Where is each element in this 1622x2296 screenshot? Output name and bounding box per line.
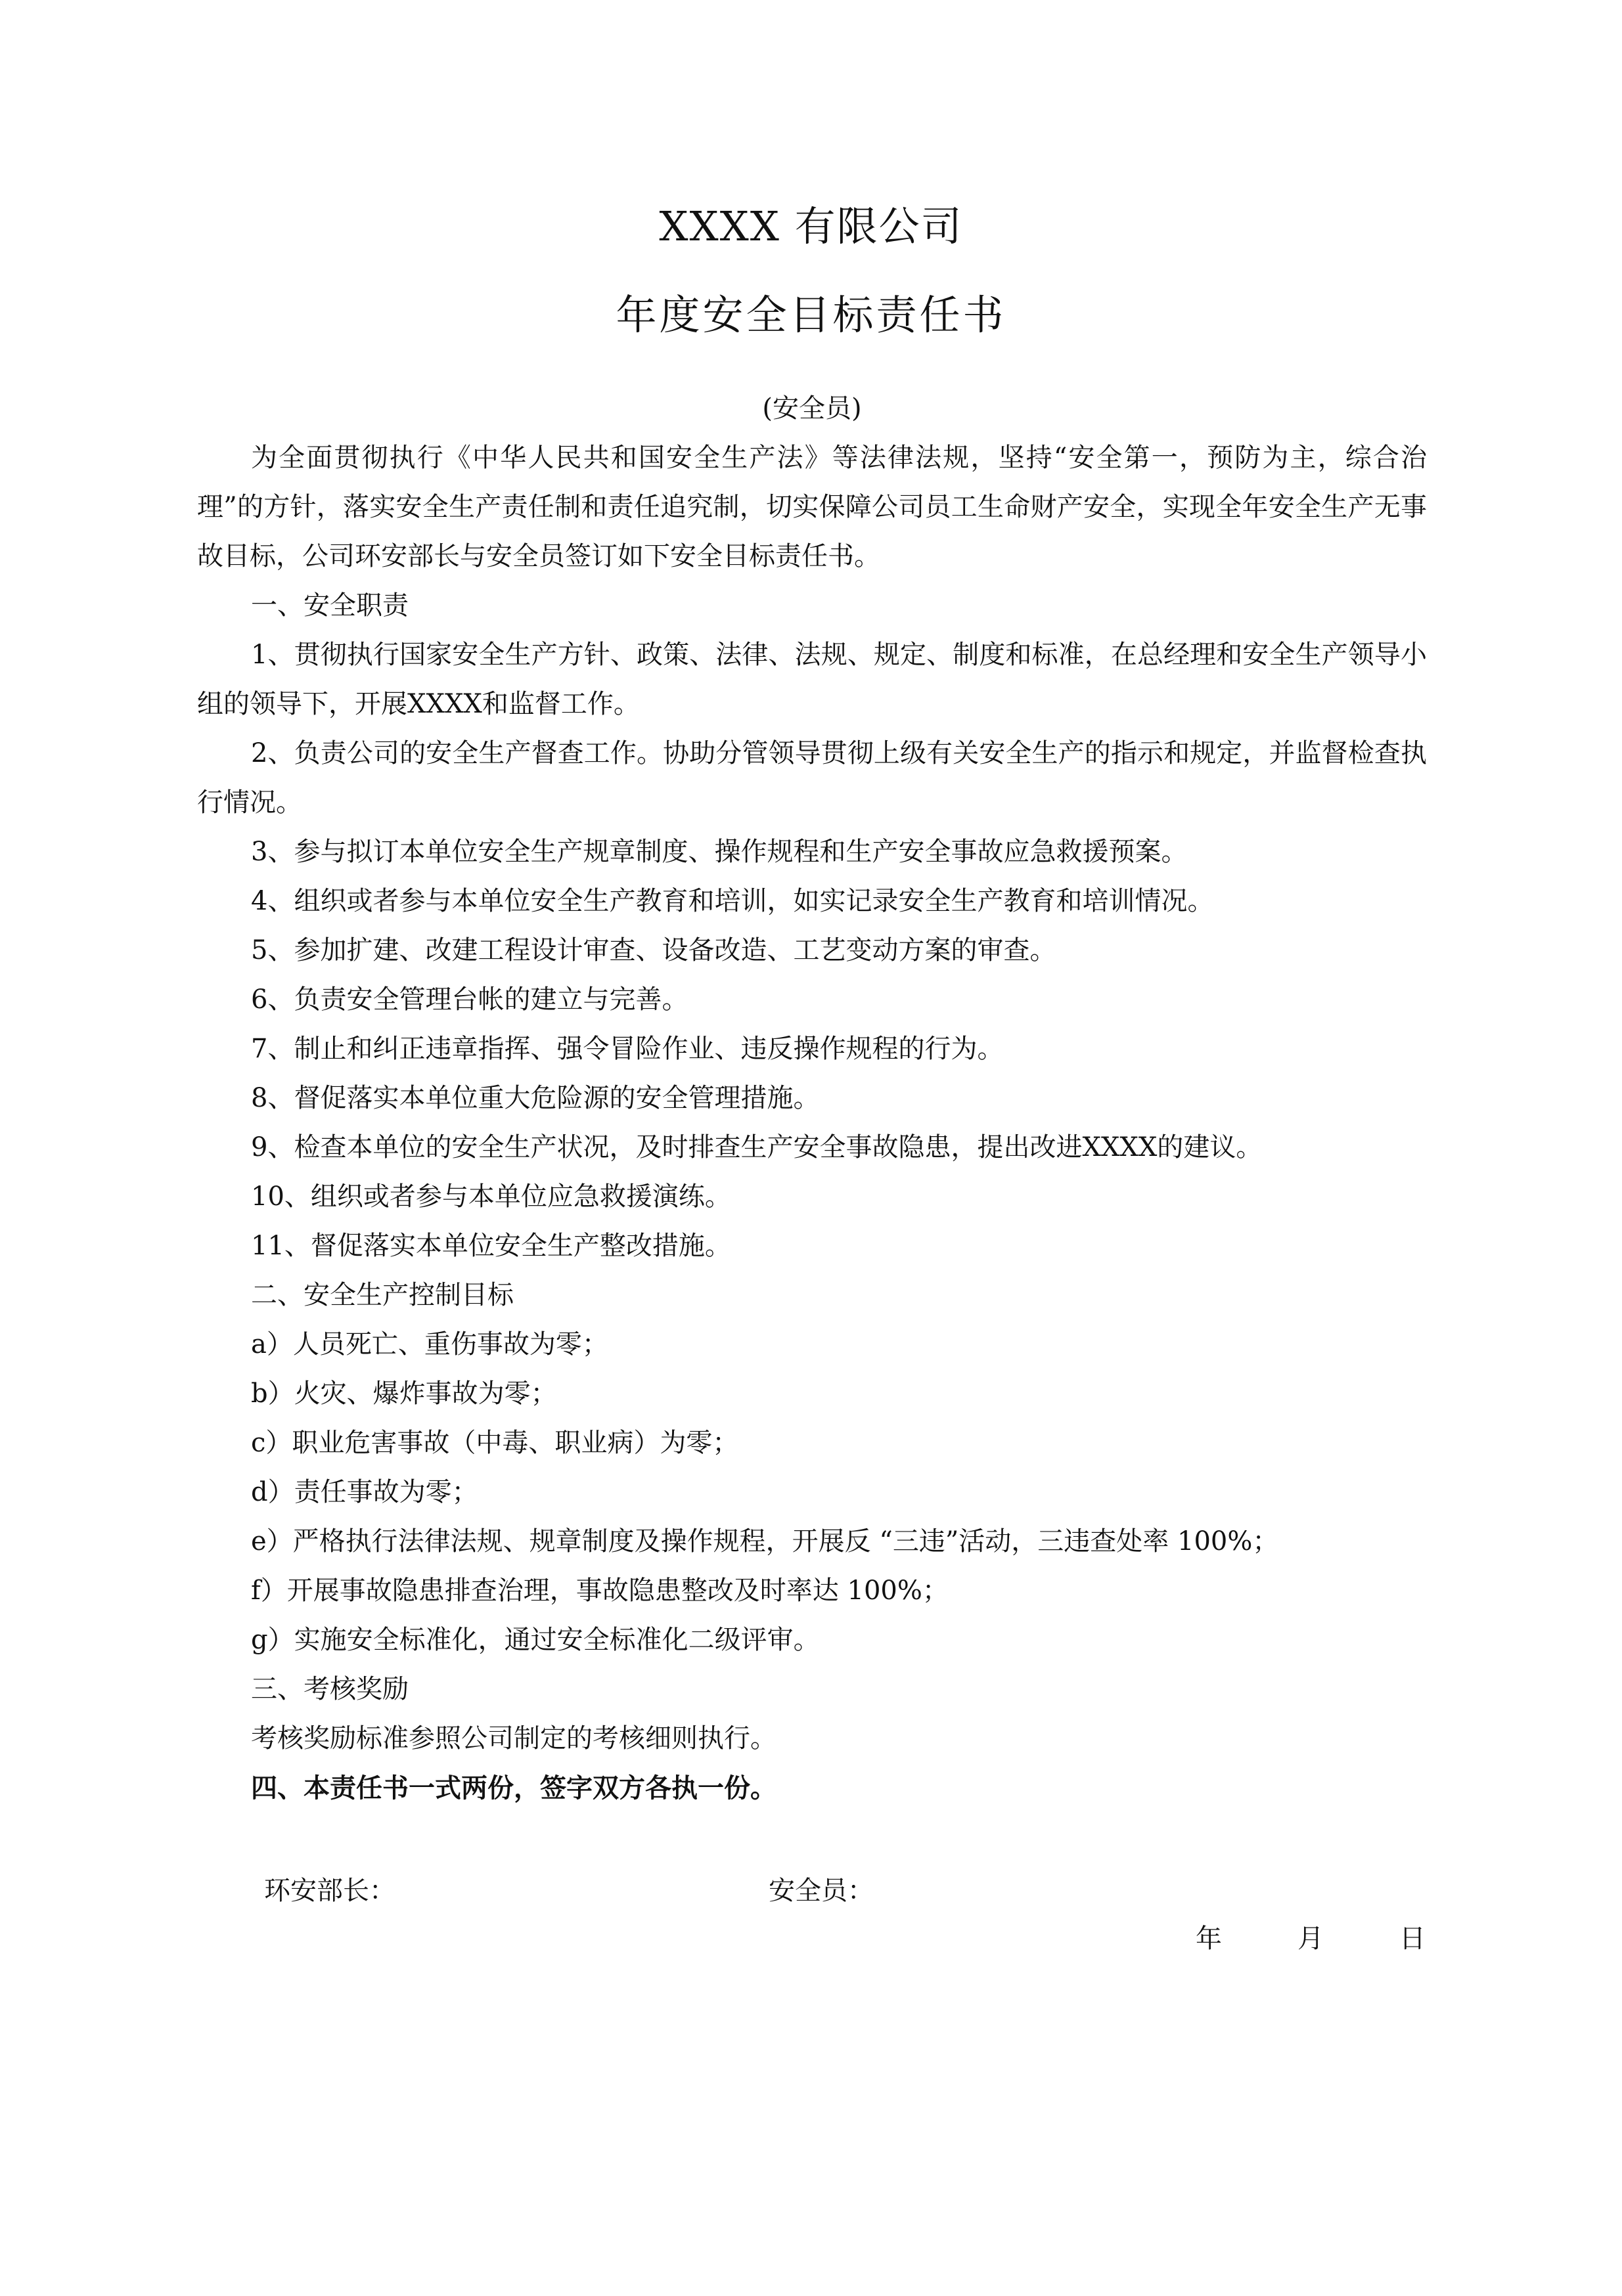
signature-label-env-safety-head: 环安部长： — [264, 1866, 395, 1916]
signature-label-safety-officer: 安全员： — [769, 1866, 874, 1916]
document-page: XXXX 有限公司 年度安全目标责任书 (安全员) 为全面贯彻执行《中华人民共和… — [0, 0, 1622, 2296]
duty-item: 4、组织或者参与本单位安全生产教育和培训，如实记录安全生产教育和培训情况。 — [197, 877, 1427, 926]
target-item: d）责任事故为零； — [197, 1468, 1427, 1517]
document-body: (安全员) 为全面贯彻执行《中华人民共和国安全生产法》等法律法规，坚持“安全第一… — [197, 384, 1427, 1813]
duty-item: 10、组织或者参与本单位应急救援演练。 — [197, 1172, 1427, 1222]
duty-item: 5、参加扩建、改建工程设计审查、设备改造、工艺变动方案的审查。 — [197, 926, 1427, 975]
target-item: f）开展事故隐患排查治理，事故隐患整改及时率达 100%； — [197, 1566, 1427, 1616]
section-heading-duties: 一、安全职责 — [197, 581, 1427, 630]
target-item: e）严格执行法律法规、规章制度及操作规程，开展反 “三违”活动，三违查处率 10… — [197, 1517, 1427, 1566]
section-heading-copies: 四、本责任书一式两份，签字双方各执一份。 — [197, 1763, 1427, 1813]
target-item: g）实施安全标准化，通过安全标准化二级评审。 — [197, 1616, 1427, 1665]
duty-item: 7、制止和纠正违章指挥、强令冒险作业、违反操作规程的行为。 — [197, 1025, 1427, 1074]
signature-row: 环安部长： 安全员： — [0, 1866, 1622, 1919]
date-year-label: 年 — [1196, 1914, 1222, 1964]
duty-item: 2、负责公司的安全生产督查工作。协助分管领导贯彻上级有关安全生产的指示和规定，并… — [197, 729, 1427, 828]
duty-item: 3、参与拟订本单位安全生产规章制度、操作规程和生产安全事故应急救援预案。 — [197, 828, 1427, 877]
section-heading-targets: 二、安全生产控制目标 — [197, 1271, 1427, 1320]
target-item: c）职业危害事故（中毒、职业病）为零； — [197, 1419, 1427, 1468]
target-item: b）火灾、爆炸事故为零； — [197, 1369, 1427, 1419]
date-day-label: 日 — [1399, 1914, 1426, 1964]
duty-item: 9、检查本单位的安全生产状况，及时排查生产安全事故隐患，提出改进XXXX的建议。 — [197, 1123, 1427, 1172]
intro-paragraph: 为全面贯彻执行《中华人民共和国安全生产法》等法律法规，坚持“安全第一，预防为主，… — [197, 433, 1427, 581]
date-month-label: 月 — [1297, 1914, 1324, 1964]
duty-item: 1、贯彻执行国家安全生产方针、政策、法律、法规、规定、制度和标准，在总经理和安全… — [197, 630, 1427, 729]
target-item: a）人员死亡、重伤事故为零； — [197, 1320, 1427, 1369]
duty-item: 11、督促落实本单位安全生产整改措施。 — [197, 1222, 1427, 1271]
duty-item: 8、督促落实本单位重大危险源的安全管理措施。 — [197, 1074, 1427, 1123]
assessment-item: 考核奖励标准参照公司制定的考核细则执行。 — [197, 1714, 1427, 1763]
subtitle: (安全员) — [197, 384, 1427, 433]
section-heading-assessment: 三、考核奖励 — [197, 1665, 1427, 1714]
company-title: XXXX 有限公司 — [0, 200, 1622, 253]
duty-item: 6、负责安全管理台帐的建立与完善。 — [197, 975, 1427, 1025]
main-title: 年度安全目标责任书 — [0, 289, 1622, 342]
date-row: 年 月 日 — [1196, 1914, 1432, 1964]
